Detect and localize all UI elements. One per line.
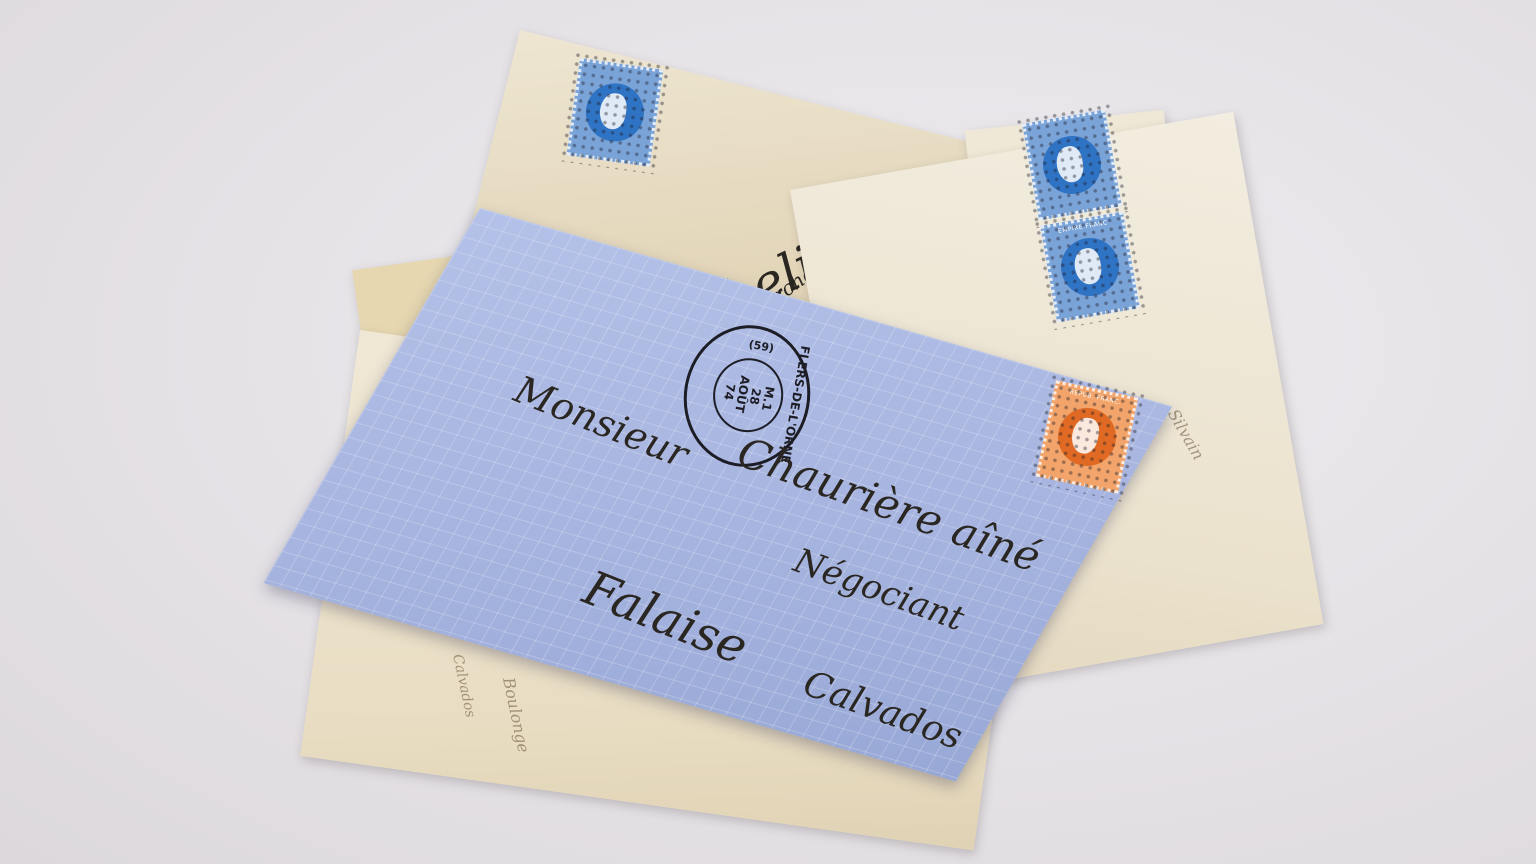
ceres-portrait-icon [598,91,629,130]
stamp-medallion [582,80,648,146]
postmark-department: (59) [748,338,775,355]
stamp-blue-napoleon: EMPIRE FRANC [1040,211,1140,322]
napoleon-portrait-icon [1072,246,1104,286]
handwriting-faint: Calvados [449,653,478,719]
stamp-blue-ceres-2 [1022,109,1122,220]
photo-scene: Bachelier marchand en vins de Bretagne S… [0,0,1536,864]
postmark-year: 74 [721,382,737,401]
ceres-portrait-icon [1054,144,1086,184]
handwriting-faint: Silvain [1164,406,1208,463]
postmark-date: M.1 28 AOÛT 74 [707,353,789,438]
ceres-portrait-icon [1069,415,1102,456]
stamp-medallion [1053,403,1122,472]
stamp-medallion [1056,233,1123,300]
stamp-blue-ceres [566,58,663,167]
handwriting-faint: Boulonge [499,676,533,755]
stamp-medallion [1038,131,1105,198]
